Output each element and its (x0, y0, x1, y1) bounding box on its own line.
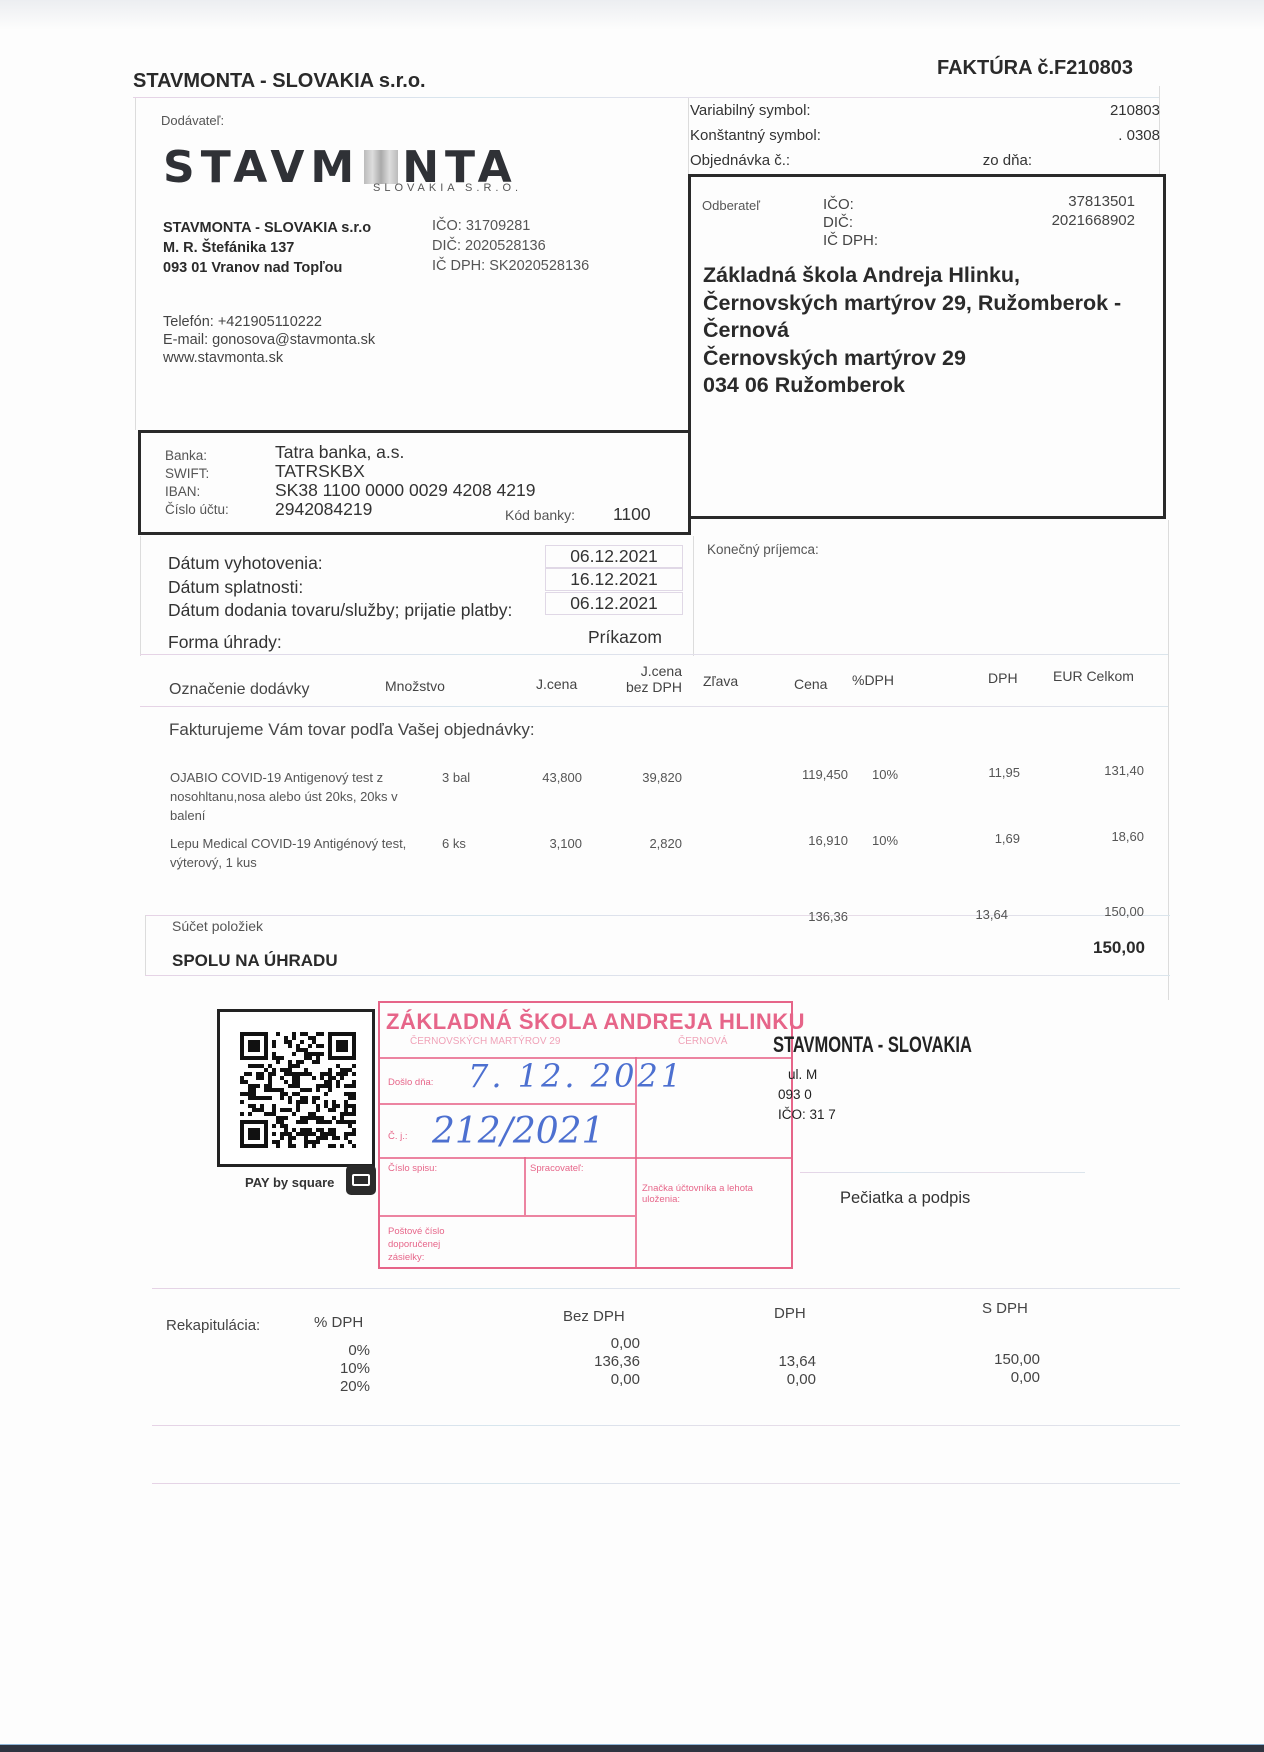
dates-labels: Dátum vyhotovenia: Dátum splatnosti: Dát… (168, 552, 512, 623)
received-date-handwritten: 7. 12. 2021 (468, 1057, 684, 1095)
recap-rates: 0%10%20% (300, 1342, 370, 1396)
order-number-label: Objednávka č.: (690, 148, 790, 173)
accountant-mark-label: Značka účtovníka a lehota uloženia: (642, 1183, 787, 1205)
bank-name-label: Banka: (165, 447, 229, 465)
stamp-title: ZÁKLADNÁ ŠKOLA ANDREJA HLINKU (386, 1009, 805, 1035)
item-price: 16,910 (780, 831, 848, 850)
col-header-vat: DPH (988, 670, 1018, 686)
supplier-website[interactable]: www.stavmonta.sk (163, 349, 375, 367)
invoice-title: FAKTÚRA č.F210803 (937, 57, 1133, 80)
scan-top-shade (0, 0, 1264, 30)
col-header-unit-price-net-line1: J.cena (618, 663, 682, 679)
buyer-ico-value: 37813501 (1000, 192, 1135, 211)
reference-number-label: Č. j.: (388, 1131, 408, 1142)
buyer-dic-value: 2021668902 (1000, 211, 1135, 230)
account-number-label: Číslo účtu: (165, 501, 229, 519)
divider (800, 1172, 1085, 1173)
supplier-phone: Telefón: +421905110222 (163, 313, 375, 331)
col-header-unit-price: J.cena (536, 676, 577, 692)
issue-date-value: 06.12.2021 (545, 545, 683, 568)
account-number-value: 2942084219 (275, 500, 535, 519)
due-date-label: Dátum splatnosti: (168, 576, 512, 600)
supplier-icdph: IČ DPH: SK2020528136 (432, 256, 589, 276)
item-vat-pct: 10% (872, 765, 912, 784)
registered-mail-label: Poštové číslo doporučenej zásielky: (388, 1225, 458, 1264)
supplier-email[interactable]: E-mail: gonosova@stavmonta.sk (163, 331, 375, 349)
supplier-ids: IČO: 31709281 DIČ: 2020528136 IČ DPH: SK… (432, 216, 589, 276)
recap-header-vat-pct: % DPH (314, 1314, 363, 1331)
divider (152, 1425, 1180, 1426)
items-intro: Fakturujeme Vám tovar podľa Vašej objedn… (169, 720, 535, 740)
grand-total-value: 150,00 (1085, 938, 1145, 958)
divider (688, 98, 689, 174)
due-date-value: 16.12.2021 (545, 568, 683, 591)
items-sum-price: 136,36 (780, 907, 848, 926)
col-header-name: Označenie dodávky (169, 682, 310, 698)
bank-values: Tatra banka, a.s. TATRSKBX SK38 1100 000… (275, 443, 535, 519)
company-title: STAVMONTA - SLOVAKIA s.r.o. (133, 70, 426, 93)
supplier-stamp-line: IČO: 31 7 (778, 1105, 836, 1125)
buyer-name: Základná škola Andreja Hlinku, (703, 262, 1163, 290)
supplier-dic: DIČ: 2020528136 (432, 236, 589, 256)
iban-value: SK38 1100 0000 0029 4208 4219 (275, 481, 535, 500)
item-qty: 3 bal (442, 768, 492, 787)
swift-value: TATRSKBX (275, 462, 535, 481)
supplier-street: M. R. Štefánika 137 (163, 238, 371, 258)
qr-code[interactable] (240, 1032, 356, 1148)
reference-number-handwritten: 212/2021 (432, 1111, 604, 1152)
received-stamp: ZÁKLADNÁ ŠKOLA ANDREJA HLINKU ČERNOVSKÝC… (378, 1001, 793, 1269)
bank-name: Tatra banka, a.s. (275, 443, 535, 462)
buyer-address-line: Černová (703, 317, 1163, 345)
stamp-line (380, 1157, 793, 1159)
item-qty: 6 ks (442, 834, 492, 853)
file-number-label: Číslo spisu: (388, 1163, 437, 1174)
item-unit-price: 43,800 (520, 768, 582, 787)
divider (145, 915, 1170, 916)
buyer-icdph-label: IČ DPH: (823, 232, 878, 250)
supplier-address: STAVMONTA - SLOVAKIA s.r.o M. R. Štefáni… (163, 218, 371, 278)
supplier-stamp-line: ul. M (778, 1065, 836, 1085)
supplier-name: STAVMONTA - SLOVAKIA s.r.o (163, 218, 371, 238)
stamp-line (380, 1215, 635, 1217)
handler-label: Spracovateľ: (530, 1163, 583, 1174)
recap-header-gross: S DPH (982, 1300, 1028, 1317)
bank-code-label: Kód banky: (505, 507, 575, 523)
supplier-stamp-line: 093 0 (778, 1085, 836, 1105)
payment-method-value: Príkazom (588, 627, 662, 648)
bank-code-value: 1100 (613, 504, 651, 525)
buyer-id-values: 37813501 2021668902 (1000, 192, 1135, 230)
payment-symbols: Variabilný symbol:210803 Konštantný symb… (690, 98, 1160, 173)
item-name: Lepu Medical COVID-19 Antigénový test, v… (170, 834, 410, 872)
credit-card-icon (346, 1165, 376, 1195)
buyer-dic-label: DIČ: (823, 214, 878, 232)
col-header-discount: Zľava (703, 673, 738, 689)
col-header-vat-pct: %DPH (852, 672, 894, 688)
divider (152, 1483, 1180, 1484)
supplier-stamp-details: ul. M 093 0 IČO: 31 7 (778, 1065, 836, 1125)
col-header-total: EUR Celkom (1053, 668, 1134, 684)
supplier-label: Dodávateľ: (161, 113, 224, 128)
item-name: OJABIO COVID-19 Antigenový test z nosohl… (170, 768, 410, 825)
item-vat: 11,95 (960, 763, 1020, 782)
item-price: 119,450 (780, 765, 848, 784)
constant-symbol-label: Konštantný symbol: (690, 123, 821, 148)
logo-subtitle: SLOVAKIA S.R.O. (373, 182, 522, 194)
issue-date-label: Dátum vyhotovenia: (168, 552, 512, 576)
buyer-city: 034 06 Ružomberok (703, 372, 1163, 400)
pay-by-square-label: PAY by square (245, 1175, 334, 1190)
delivery-date-label: Dátum dodania tovaru/služby; prijatie pl… (168, 599, 512, 623)
stamp-line (524, 1157, 526, 1215)
divider (140, 654, 1168, 655)
buyer-id-labels: IČO: DIČ: IČ DPH: (823, 196, 878, 250)
constant-symbol-value: . 0308 (1118, 123, 1160, 148)
item-total: 18,60 (1070, 827, 1144, 846)
order-date-label: zo dňa: (983, 148, 1032, 173)
items-sum-vat: 13,64 (960, 905, 1008, 924)
supplier-ico: IČO: 31709281 (432, 216, 589, 236)
signature-label: Pečiatka a podpis (840, 1189, 970, 1208)
logo-text-left: STAVM (163, 142, 360, 193)
payment-method-label: Forma úhrady: (168, 632, 282, 653)
buyer-label: Odberateľ (702, 198, 760, 213)
col-header-qty: Množstvo (385, 678, 445, 694)
stamp-line (380, 1103, 635, 1105)
items-sum-label: Súčet položiek (172, 918, 263, 934)
swift-label: SWIFT: (165, 465, 229, 483)
divider (693, 536, 694, 656)
recap-vat: 13,640,00 (740, 1335, 816, 1389)
divider (145, 915, 146, 975)
stamp-subtitle: ČERNOVSKÝCH MARTÝROV 29 (410, 1036, 560, 1047)
col-header-unit-price-net: J.cena bez DPH (618, 663, 682, 695)
item-unit-price-net: 2,820 (620, 834, 682, 853)
supplier-contact: Telefón: +421905110222 E-mail: gonosova@… (163, 313, 375, 367)
variable-symbol-value: 210803 (1110, 98, 1160, 123)
divider (135, 98, 136, 430)
divider (152, 1288, 1180, 1289)
divider (1168, 520, 1169, 1000)
buyer-address: Základná škola Andreja Hlinku, Černovský… (703, 262, 1163, 400)
item-unit-price-net: 39,820 (620, 768, 682, 787)
scan-bottom-edge (0, 1744, 1264, 1752)
item-total: 131,40 (1070, 761, 1144, 780)
recap-header-net: Bez DPH (563, 1308, 625, 1325)
buyer-street: Černovských martýrov 29 (703, 345, 1163, 373)
buyer-ico-label: IČO: (823, 196, 878, 214)
item-vat-pct: 10% (872, 831, 912, 850)
recap-label: Rekapitulácia: (166, 1317, 260, 1334)
items-sum-total: 150,00 (1080, 902, 1144, 921)
final-recipient-label: Konečný príjemca: (707, 542, 819, 557)
recap-header-vat: DPH (774, 1305, 806, 1322)
col-header-price: Cena (794, 676, 827, 692)
recap-gross: 150,000,00 (960, 1333, 1040, 1387)
stamp-subtitle-right: ČERNOVÁ (678, 1036, 727, 1047)
divider (140, 706, 1168, 707)
bank-labels: Banka: SWIFT: IBAN: Číslo účtu: (165, 447, 229, 519)
received-date-label: Došlo dňa: (388, 1077, 433, 1088)
item-vat: 1,69 (960, 829, 1020, 848)
grand-total-label: SPOLU NA ÚHRADU (172, 951, 338, 971)
buyer-address-line: Černovských martýrov 29, Ružomberok - (703, 290, 1163, 318)
item-unit-price: 3,100 (520, 834, 582, 853)
iban-label: IBAN: (165, 483, 229, 501)
supplier-stamp: STAVMONTA - SLOVAKIA (773, 1035, 972, 1054)
divider (140, 536, 141, 656)
variable-symbol-label: Variabilný symbol: (690, 98, 811, 123)
recap-net: 0,00136,360,00 (560, 1335, 640, 1389)
divider (145, 975, 1170, 976)
col-header-unit-price-net-line2: bez DPH (618, 679, 682, 695)
supplier-city: 093 01 Vranov nad Topľou (163, 258, 371, 278)
logo-o-mark (364, 150, 398, 184)
delivery-date-value: 06.12.2021 (545, 592, 683, 615)
